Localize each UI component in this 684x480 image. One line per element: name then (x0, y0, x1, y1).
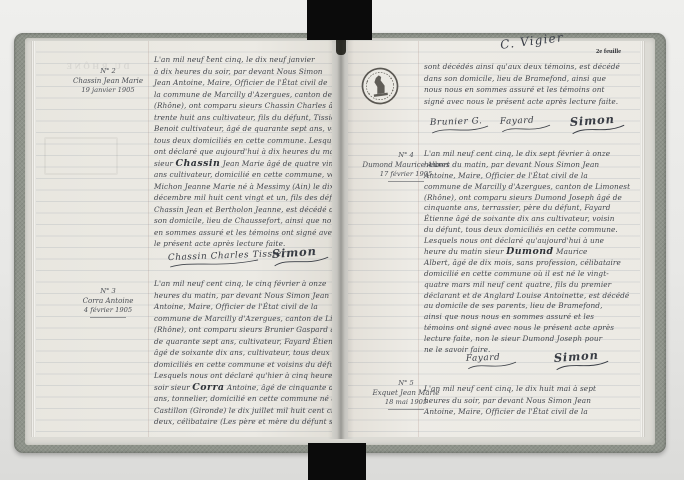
witness-signature-text: Fayard (500, 116, 535, 127)
act3-text-block: L'an mil neuf cent cinq, le cinq février… (154, 278, 332, 428)
act5-text-block: L'an mil neuf cent cinq, le dix huit mai… (424, 383, 596, 418)
handwritten-line: heures du matin, par devant Nous Simon J… (424, 160, 630, 171)
republique-francaise-seal-icon (357, 63, 402, 108)
handwritten-line: heures du soir, par devant Nous Simon Je… (424, 395, 596, 407)
handwritten-line: domiciliés en cette commune et voisins d… (154, 359, 332, 371)
handwritten-line: (Rhône), ont comparu sieurs Brunier Gasp… (154, 324, 332, 336)
handwritten-line: Étienne âgé de soixante dix ans cultivat… (424, 214, 630, 225)
handwritten-line: heures du matin, par devant Nous Simon J… (154, 290, 332, 302)
handwritten-line: ans cultivateur, domicilié en cette comm… (154, 169, 332, 181)
act2-witness-signatures: Chassin Charles Tissier (168, 249, 287, 269)
act-deceased-name: Corra Antoine (56, 296, 160, 305)
handwritten-line: déclarant et de Anglard Louise Antoinett… (424, 291, 630, 302)
handwritten-line: commune de Marcilly d'Azergues, canton d… (424, 182, 630, 193)
act4-officer-signature: Simon (553, 347, 610, 372)
act4-text-block: L'an mil neuf cent cinq, le dix sept fév… (424, 149, 630, 356)
handwritten-line: ainsi que nous nous en sommes assuré et … (424, 312, 630, 323)
handwritten-line: Castillon (Gironde) le dix juillet mil h… (154, 405, 332, 417)
witness-signature-text: Brunier G. (430, 116, 483, 128)
handwritten-line: nous nous en sommes assuré et les témoin… (424, 84, 620, 96)
register-book: DU RHÔNE N° 2 Chassin Jean Marie 19 janv… (14, 33, 666, 453)
scanned-register-screenshot: DU RHÔNE N° 2 Chassin Jean Marie 19 janv… (0, 0, 684, 480)
margin-entry-underline (388, 409, 424, 410)
act3-end-text-block: sont décédés ainsi qu'aux deux témoins, … (424, 61, 620, 107)
handwritten-line: Albert, âgé de dix mois, sans profession… (424, 258, 630, 269)
handwritten-line: Lesquels nous ont déclaré qu'hier à cinq… (154, 370, 332, 382)
handwritten-line: décembre mil huit cent vingt et un, fils… (154, 192, 332, 204)
left-page-margin-rule (148, 41, 149, 437)
handwritten-line: ont déclaré que aujourd'hui à dix heures… (154, 146, 332, 158)
scanner-backing-bottom (308, 443, 366, 480)
bleedthrough-box-ghost (44, 137, 118, 175)
handwritten-line: au domicile de ses parents, lieu de Bram… (424, 301, 630, 312)
handwritten-line: témoins ont signé avec nous le présent a… (424, 323, 630, 334)
handwritten-line: Chassin Jean et Bertholon Jeanne, est dé… (154, 204, 332, 216)
margin-entry-act2: N° 2 Chassin Jean Marie 19 janvier 1905 (56, 67, 160, 94)
left-page: DU RHÔNE N° 2 Chassin Jean Marie 19 janv… (36, 41, 332, 437)
act3-officer-signature: Simon (569, 111, 626, 136)
act3-witness2-signature: Fayard (500, 115, 553, 134)
act2-officer-signature: Simon (271, 243, 330, 268)
handwritten-line: tous deux domiciliés en cette commune. L… (154, 135, 332, 147)
handwritten-line: heure du matin sieur Dumond Maurice (424, 247, 630, 258)
handwritten-line: L'an mil neuf cent cinq, le dix huit mai… (424, 383, 596, 395)
handwritten-line: quatre mars mil neuf cent quatre, fils d… (424, 280, 630, 291)
margin-entry-underline (90, 317, 126, 318)
handwritten-line: Jean Antoine, Maire, Officier de l'État … (154, 77, 332, 89)
handwritten-line: sont décédés ainsi qu'aux deux témoins, … (424, 61, 620, 73)
handwritten-line: L'an mil neuf cent cinq, le cinq février… (154, 278, 332, 290)
act-number: N° 2 (56, 67, 160, 75)
handwritten-line: commune de Marcilly d'Azergues, canton d… (154, 313, 332, 325)
handwritten-line: signé avec nous le présent acte après le… (424, 96, 620, 108)
act-number: N° 3 (56, 287, 160, 295)
handwritten-line: la commune de Marcilly d'Azergues, canto… (154, 89, 332, 101)
handwritten-line: cinquante ans, terrassier, père du défun… (424, 203, 630, 214)
sheet-number-note: 2e feuille (596, 48, 621, 55)
handwritten-line: du défunt, tous deux domiciliés en cette… (424, 225, 630, 236)
act3-witness1-signature: Brunier G. (430, 116, 491, 135)
handwritten-line: (Rhône), ont comparu sieurs Dumond Josep… (424, 193, 630, 204)
right-page: sont décédés ainsi qu'aux deux témoins, … (348, 41, 640, 437)
right-page-margin-rule (418, 41, 419, 437)
witness-signature-text: Fayard (466, 353, 501, 364)
handwritten-line: âgé de soixante dix ans, cultivateur, to… (154, 347, 332, 359)
scanner-backing-top (307, 0, 372, 40)
act-date: 19 janvier 1905 (56, 86, 160, 94)
margin-entry-act3: N° 3 Corra Antoine 4 février 1905 (56, 287, 160, 318)
handwritten-line: lecture faite, non le sieur Dumond Josep… (424, 334, 630, 345)
handwritten-line: deux, célibataire (Les père et mère du d… (154, 416, 332, 428)
handwritten-line: en sommes assuré et les témoins ont sign… (154, 227, 332, 239)
handwritten-line: (Rhône), ont comparu sieurs Chassin Char… (154, 100, 332, 112)
handwritten-line: Antoine, Maire, Officier de l'État civil… (424, 171, 630, 182)
witness-signature-text: Chassin Charles Tissier (168, 249, 287, 263)
act2-text-block: L'an mil neuf cent cinq, le dix neuf jan… (154, 54, 332, 250)
handwritten-line: sieur Chassin Jean Marie âgé de quatre v… (154, 158, 332, 170)
handwritten-line: domicilié en cette commune où il est né … (424, 269, 630, 280)
act-date: 4 février 1905 (56, 306, 160, 314)
handwritten-line: à dix heures du soir, par devant Nous Si… (154, 66, 332, 78)
act4-witness-signature: Fayard (466, 352, 519, 371)
margin-entry-underline (388, 181, 424, 182)
handwritten-line: Antoine, Maire, Officier de l'État civil… (424, 406, 596, 418)
handwritten-line: dans son domicile, lieu de Bramefond, ai… (424, 73, 620, 85)
handwritten-line: son domicile, lieu de Chaussefort, ainsi… (154, 215, 332, 227)
act-deceased-name: Chassin Jean Marie (56, 76, 160, 85)
handwritten-line: soir sieur Corra Antoine, âgé de cinquan… (154, 382, 332, 394)
handwritten-line: Antoine, Maire, Officier de l'État civil… (154, 301, 332, 313)
handwritten-line: L'an mil neuf cent cinq, le dix sept fév… (424, 149, 630, 160)
handwritten-line: L'an mil neuf cent cinq, le dix neuf jan… (154, 54, 332, 66)
handwritten-line: ans, tonnelier, domicilié en cette commu… (154, 393, 332, 405)
handwritten-line: de quarante sept ans, cultivateur, Fayar… (154, 336, 332, 348)
handwritten-line: trente huit ans cultivateur, fils du déf… (154, 112, 332, 124)
handwritten-line: Michon Jeanne Marie né à Messimy (Ain) l… (154, 181, 332, 193)
handwritten-line: Benoit cultivateur, âgé de quarante sept… (154, 123, 332, 135)
